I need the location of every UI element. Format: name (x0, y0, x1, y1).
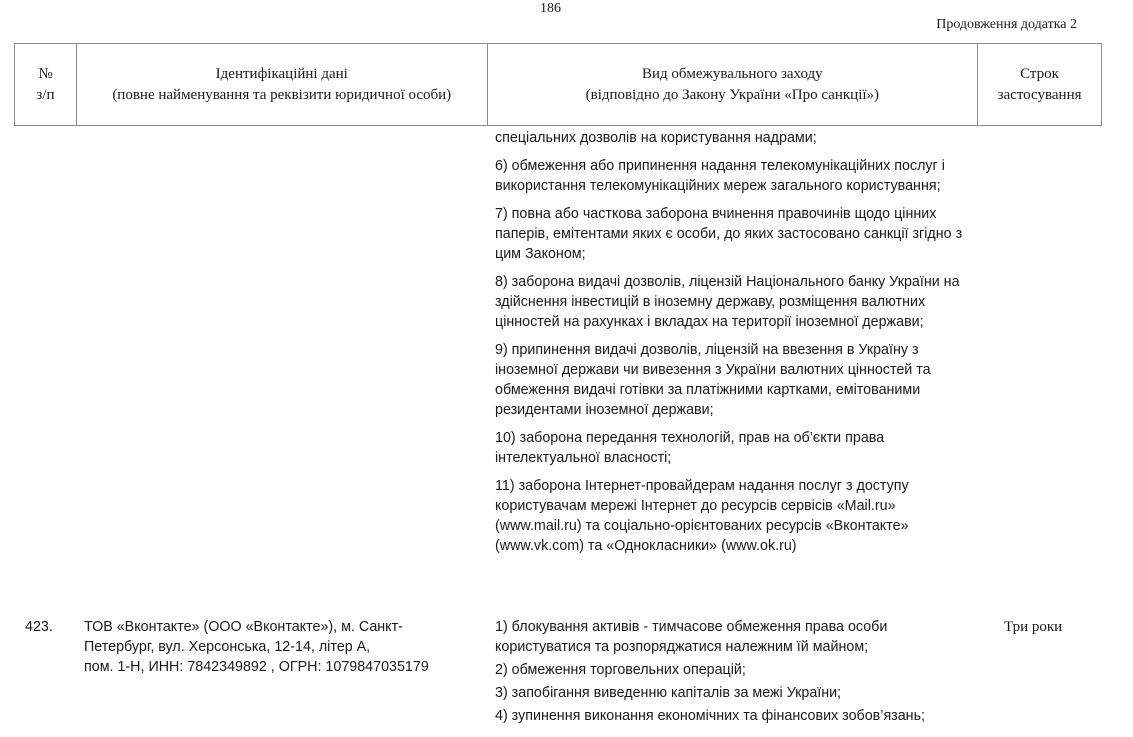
measure-item: 9) припинення видачі дозволів, ліцензій … (495, 340, 970, 420)
header-identification-line1: Ідентифікаційні дані (216, 64, 348, 85)
header-term-line1: Строк (1020, 64, 1059, 85)
header-identification: Ідентифікаційні дані (повне найменування… (77, 44, 488, 125)
header-measure-line2: (відповідно до Закону України «Про санкц… (586, 85, 879, 106)
header-number: № з/п (15, 44, 77, 125)
measure-item: 2) обмеження торговельних операцій; (495, 660, 970, 680)
header-number-line2: з/п (36, 85, 54, 106)
measure-item: спеціальних дозволів на користування над… (495, 128, 970, 148)
measure-item: 7) повна або часткова заборона вчинення … (495, 204, 970, 264)
sanctions-table: № з/п Ідентифікаційні дані (повне наймен… (14, 43, 1102, 126)
page-number: 186 (540, 1, 561, 17)
measure-item: 10) заборона передання технологій, прав … (495, 428, 970, 468)
measure-item: 4) зупинення виконання економічних та фі… (495, 706, 970, 726)
header-identification-line2: (повне найменування та реквізити юридичн… (112, 85, 451, 106)
header-number-line1: № (38, 64, 52, 85)
header-measure-line1: Вид обмежувального заходу (642, 64, 823, 85)
row-measures-list: 1) блокування активів - тимчасове обмеже… (495, 617, 970, 729)
measure-item: 3) запобігання виведенню капіталів за ме… (495, 683, 970, 703)
header-term-line2: застосування (998, 85, 1082, 106)
row-number: 423. (25, 617, 53, 637)
measure-item: 6) обмеження або припинення надання теле… (495, 156, 970, 196)
header-term: Строк застосування (978, 44, 1101, 125)
table-header: № з/п Ідентифікаційні дані (повне наймен… (14, 43, 1102, 126)
measure-item: 8) заборона видачі дозволів, ліцензій На… (495, 272, 970, 332)
continuation-label: Продовження додатка 2 (936, 17, 1077, 33)
measure-item: 1) блокування активів - тимчасове обмеже… (495, 617, 970, 657)
header-measure-type: Вид обмежувального заходу (відповідно до… (488, 44, 979, 125)
row-term: Три роки (1004, 617, 1062, 637)
measure-item: 11) заборона Інтернет-провайдерам наданн… (495, 476, 970, 556)
entity-details: ТОВ «Вконтакте» (ООО «Вконтакте»), м. Са… (84, 617, 484, 677)
continued-measures-list: спеціальних дозволів на користування над… (495, 128, 970, 564)
